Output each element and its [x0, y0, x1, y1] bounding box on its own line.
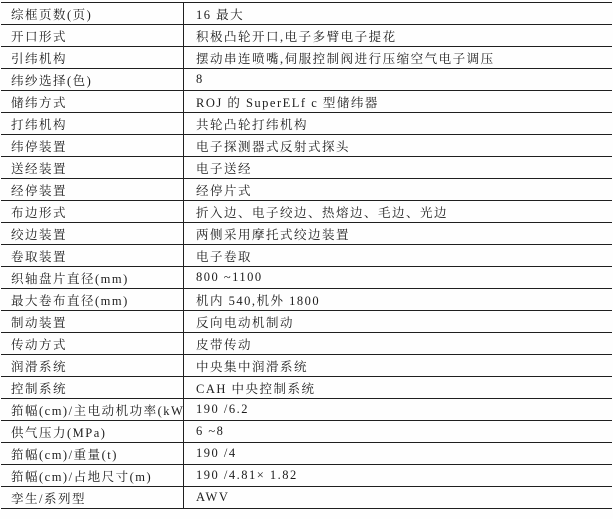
spec-label: 送经装置: [1, 157, 184, 178]
spec-value: 800 ~1100: [184, 267, 612, 288]
spec-value: 6 ~8: [184, 421, 612, 442]
spec-value: ROJ 的 SuperELf c 型储纬器: [184, 91, 612, 112]
spec-label: 孪生/系列型: [1, 487, 184, 508]
spec-row: 制动装置 反向电动机制动: [1, 311, 612, 333]
spec-value: CAH 中央控制系统: [184, 377, 612, 398]
spec-label: 纬停装置: [1, 135, 184, 156]
spec-label: 综框页数(页): [1, 3, 184, 24]
spec-value: 190 /4: [184, 443, 612, 464]
spec-row: 经停装置 经停片式: [1, 179, 612, 201]
spec-row: 筘幅(cm)/重量(t) 190 /4: [1, 443, 612, 465]
spec-label: 润滑系统: [1, 355, 184, 376]
spec-row: 引纬机构 摆动串连喷嘴,伺服控制阀进行压缩空气电子调压: [1, 47, 612, 69]
spec-value: 摆动串连喷嘴,伺服控制阀进行压缩空气电子调压: [184, 47, 612, 68]
spec-row: 最大卷布直径(mm) 机内 540,机外 1800: [1, 289, 612, 311]
spec-value: 190 /6.2: [184, 399, 612, 420]
spec-label: 制动装置: [1, 311, 184, 332]
spec-row: 纬纱选择(色) 8: [1, 69, 612, 91]
spec-row: 织轴盘片直径(mm) 800 ~1100: [1, 267, 612, 289]
spec-label: 最大卷布直径(mm): [1, 289, 184, 310]
spec-value: AWV: [184, 487, 612, 508]
spec-row: 控制系统 CAH 中央控制系统: [1, 377, 612, 399]
spec-value: 两侧采用摩托式绞边装置: [184, 223, 612, 244]
spec-value: 8: [184, 69, 612, 90]
spec-value: 积极凸轮开口,电子多臂电子提花: [184, 25, 612, 46]
spec-label: 打纬机构: [1, 113, 184, 134]
spec-value: 电子探测器式反射式探头: [184, 135, 612, 156]
spec-row: 绞边装置 两侧采用摩托式绞边装置: [1, 223, 612, 245]
spec-row: 打纬机构 共轮凸轮打纬机构: [1, 113, 612, 135]
spec-label: 供气压力(MPa): [1, 421, 184, 442]
spec-label: 储纬方式: [1, 91, 184, 112]
spec-row: 纬停装置 电子探测器式反射式探头: [1, 135, 612, 157]
spec-row: 传动方式 皮带传动: [1, 333, 612, 355]
spec-label: 绞边装置: [1, 223, 184, 244]
spec-value: 电子送经: [184, 157, 612, 178]
spec-value: 中央集中润滑系统: [184, 355, 612, 376]
scanned-spec-document: { "colors": { "rule_line": "#1f1f1f", "t…: [0, 0, 613, 519]
spec-value: 皮带传动: [184, 333, 612, 354]
spec-row: 孪生/系列型 AWV: [1, 487, 612, 509]
spec-row: 筘幅(cm)/占地尺寸(m) 190 /4.81× 1.82: [1, 465, 612, 487]
spec-label: 经停装置: [1, 179, 184, 200]
spec-value: 机内 540,机外 1800: [184, 289, 612, 310]
spec-value: 电子卷取: [184, 245, 612, 266]
spec-label: 布边形式: [1, 201, 184, 222]
spec-label: 纬纱选择(色): [1, 69, 184, 90]
spec-label: 卷取装置: [1, 245, 184, 266]
spec-row: 筘幅(cm)/主电动机功率(kW) 190 /6.2: [1, 399, 612, 421]
spec-label: 织轴盘片直径(mm): [1, 267, 184, 288]
spec-label: 筘幅(cm)/主电动机功率(kW): [1, 399, 184, 420]
spec-row: 卷取装置 电子卷取: [1, 245, 612, 267]
spec-value: 16 最大: [184, 3, 612, 24]
spec-value: 反向电动机制动: [184, 311, 612, 332]
spec-value: 折入边、电子绞边、热熔边、毛边、光边: [184, 201, 612, 222]
spec-value: 190 /4.81× 1.82: [184, 465, 612, 486]
spec-label: 开口形式: [1, 25, 184, 46]
spec-row: 供气压力(MPa) 6 ~8: [1, 421, 612, 443]
spec-row: 送经装置 电子送经: [1, 157, 612, 179]
spec-value: 经停片式: [184, 179, 612, 200]
spec-row: 综框页数(页) 16 最大: [1, 3, 612, 25]
spec-label: 筘幅(cm)/占地尺寸(m): [1, 465, 184, 486]
spec-value: 共轮凸轮打纬机构: [184, 113, 612, 134]
spec-row: 润滑系统 中央集中润滑系统: [1, 355, 612, 377]
spec-row: 储纬方式 ROJ 的 SuperELf c 型储纬器: [1, 91, 612, 113]
spec-row: 开口形式 积极凸轮开口,电子多臂电子提花: [1, 25, 612, 47]
spec-row: 布边形式 折入边、电子绞边、热熔边、毛边、光边: [1, 201, 612, 223]
spec-label: 引纬机构: [1, 47, 184, 68]
spec-label: 筘幅(cm)/重量(t): [1, 443, 184, 464]
spec-label: 传动方式: [1, 333, 184, 354]
spec-label: 控制系统: [1, 377, 184, 398]
specs-table: 综框页数(页) 16 最大 开口形式 积极凸轮开口,电子多臂电子提花 引纬机构 …: [1, 2, 612, 509]
